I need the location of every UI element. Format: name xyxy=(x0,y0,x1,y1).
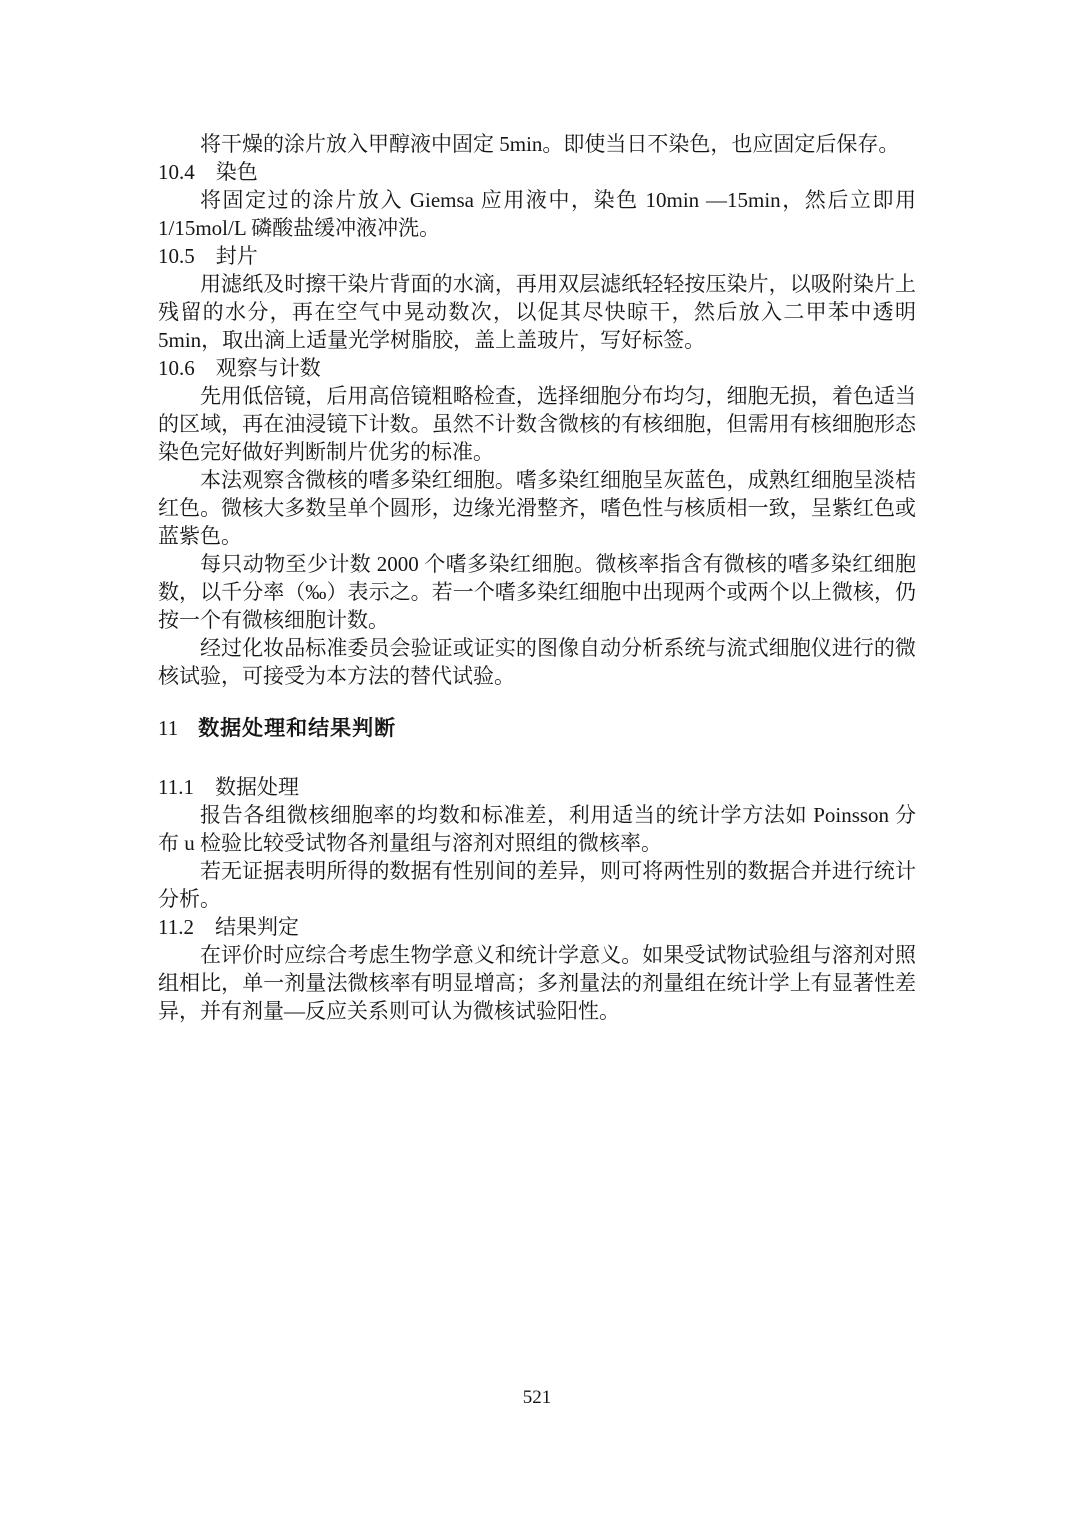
chapter-heading-11: 11数据处理和结果判断 xyxy=(158,714,916,743)
document-page: 将干燥的涂片放入甲醇液中固定 5min。即使当日不染色，也应固定后保存。 10.… xyxy=(0,0,1074,1520)
paragraph-result-judgement: 在评价时应综合考虑生物学意义和统计学意义。如果受试物试验组与溶剂对照组相比，单一… xyxy=(158,941,916,1025)
section-title: 染色 xyxy=(216,160,258,184)
section-heading-10-4: 10.4染色 xyxy=(158,158,916,186)
section-number: 11.2 xyxy=(158,915,194,939)
paragraph-fixation: 将干燥的涂片放入甲醇液中固定 5min。即使当日不染色，也应固定后保存。 xyxy=(158,130,916,158)
section-title: 结果判定 xyxy=(215,915,299,939)
section-number: 11.1 xyxy=(158,775,194,799)
paragraph-observation-1: 先用低倍镜，后用高倍镜粗略检查，选择细胞分布均匀，细胞无损，着色适当的区域，再在… xyxy=(158,382,916,466)
paragraph-mounting: 用滤纸及时擦干染片背面的水滴，再用双层滤纸轻轻按压染片，以吸附染片上残留的水分，… xyxy=(158,270,916,354)
paragraph-staining: 将固定过的涂片放入 Giemsa 应用液中，染色 10min —15min，然后… xyxy=(158,186,916,242)
section-heading-11-1: 11.1数据处理 xyxy=(158,773,916,801)
page-footer: 521 xyxy=(0,1386,1074,1410)
document-content: 将干燥的涂片放入甲醇液中固定 5min。即使当日不染色，也应固定后保存。 10.… xyxy=(158,130,916,1025)
section-heading-10-6: 10.6观察与计数 xyxy=(158,354,916,382)
paragraph-alternative-method: 经过化妆品标准委员会验证或证实的图像自动分析系统与流式细胞仪进行的微核试验，可接… xyxy=(158,634,916,690)
paragraph-data-processing: 报告各组微核细胞率的均数和标准差，利用适当的统计学方法如 Poinsson 分布… xyxy=(158,801,916,857)
section-heading-11-2: 11.2结果判定 xyxy=(158,913,916,941)
chapter-title: 数据处理和结果判断 xyxy=(198,717,396,740)
paragraph-sex-difference: 若无证据表明所得的数据有性别间的差异，则可将两性别的数据合并进行统计分析。 xyxy=(158,857,916,913)
section-heading-10-5: 10.5封片 xyxy=(158,242,916,270)
section-number: 10.4 xyxy=(158,160,195,184)
section-title: 观察与计数 xyxy=(216,356,321,380)
section-title: 数据处理 xyxy=(215,775,299,799)
section-number: 10.6 xyxy=(158,356,195,380)
section-title: 封片 xyxy=(216,244,258,268)
paragraph-counting: 每只动物至少计数 2000 个嗜多染红细胞。微核率指含有微核的嗜多染红细胞数，以… xyxy=(158,550,916,634)
section-number: 10.5 xyxy=(158,244,195,268)
chapter-number: 11 xyxy=(158,716,178,740)
page-number: 521 xyxy=(523,1387,552,1408)
paragraph-observation-2: 本法观察含微核的嗜多染红细胞。嗜多染红细胞呈灰蓝色，成熟红细胞呈淡桔红色。微核大… xyxy=(158,466,916,550)
